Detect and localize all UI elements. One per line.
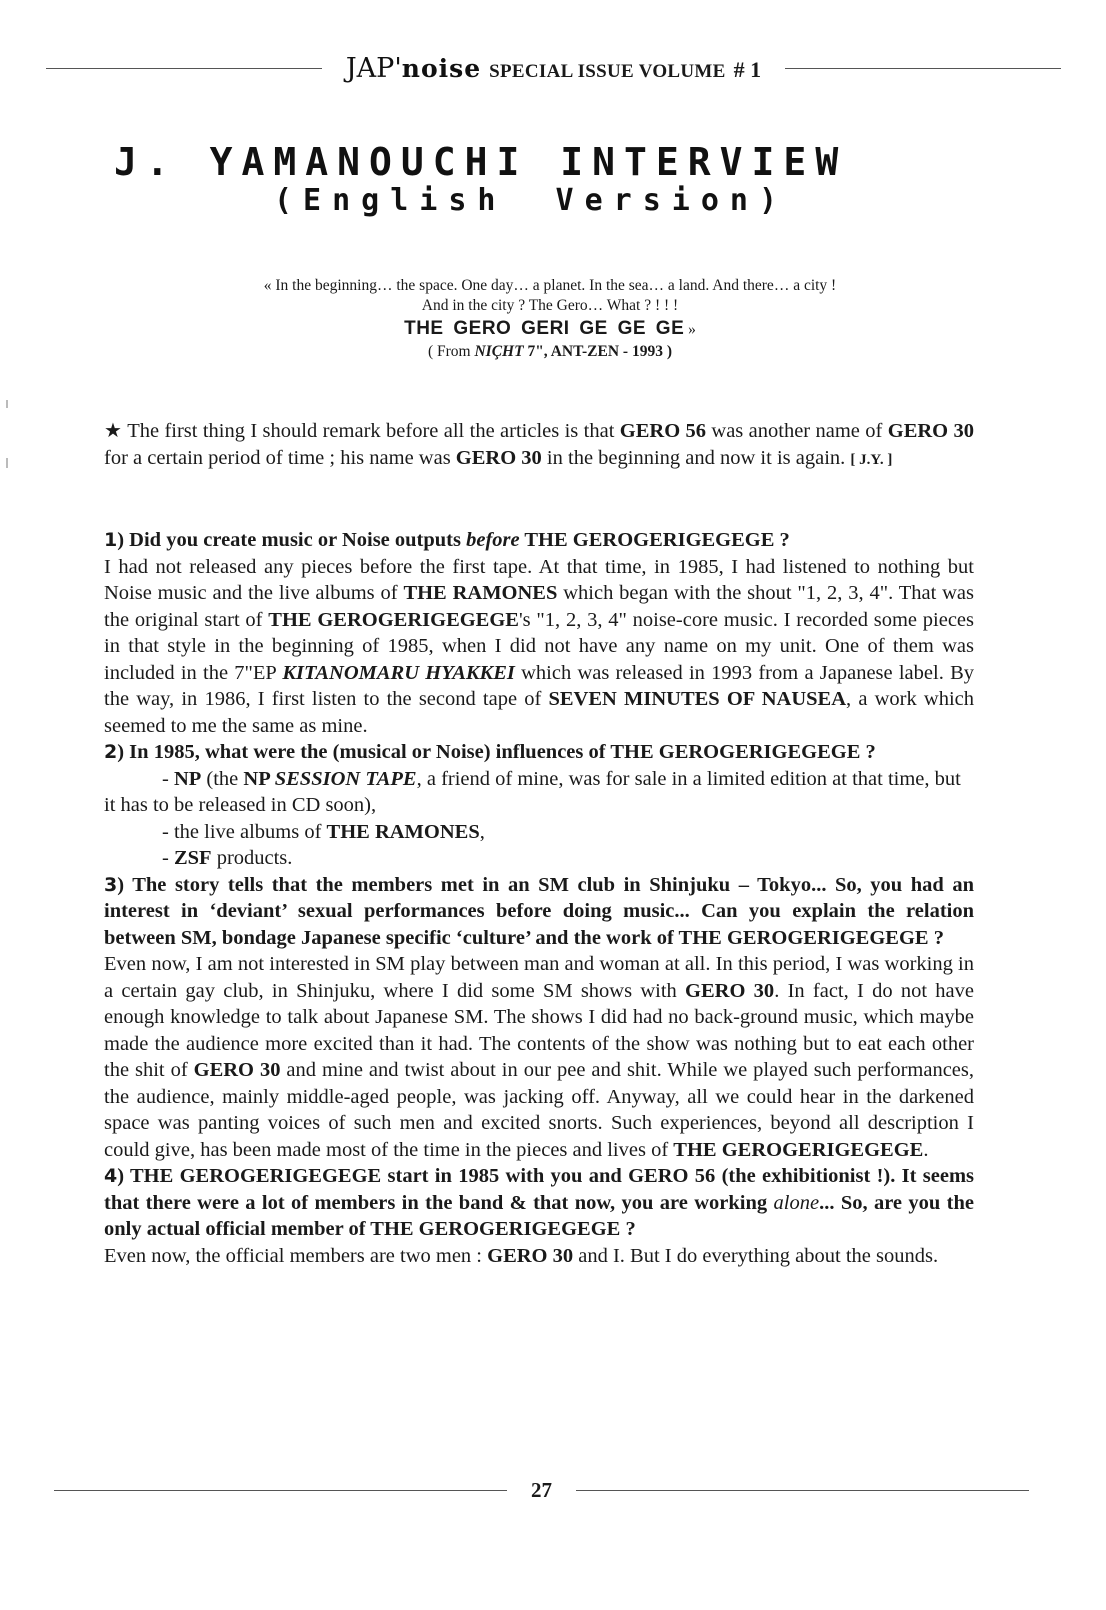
- scan-artifact: [6, 458, 8, 468]
- header-rule-right: [785, 68, 1061, 69]
- epigraph-line: THE GERO GERI GE GE GE »: [120, 316, 980, 342]
- star-icon: ★: [104, 420, 122, 442]
- answer-2-item: - the live albums of THE RAMONES,: [104, 819, 974, 846]
- answer-3: Even now, I am not interested in SM play…: [104, 951, 974, 1163]
- issue-label: SPECIAL ISSUE VOLUME: [489, 61, 726, 83]
- magazine-page: JAP'noise SPECIAL ISSUE VOLUME # 1 J. YA…: [0, 0, 1106, 1610]
- running-footer: 27: [54, 1475, 1029, 1505]
- question-2: 2) In 1985, what were the (musical or No…: [104, 739, 974, 766]
- question-number: 1: [104, 529, 117, 551]
- answer-2-item: - ZSF products.: [104, 845, 974, 872]
- article-subtitle: (English Version): [274, 183, 788, 218]
- magazine-logo: JAP'noise: [346, 53, 481, 84]
- article-title: J. YAMANOUCHI INTERVIEW: [114, 140, 954, 184]
- scan-artifact: [6, 400, 8, 408]
- epigraph-line: And in the city ? The Gero… What ? ! ! !: [120, 296, 980, 316]
- epigraph-source: ( From NIÇHT 7", ANT-ZEN - 1993 ): [120, 342, 980, 362]
- answer-4: Even now, the official members are two m…: [104, 1243, 974, 1270]
- epigraph-line: « In the beginning… the space. One day… …: [120, 276, 980, 296]
- question-1: 1) Did you create music or Noise outputs…: [104, 527, 974, 554]
- running-header: JAP'noise SPECIAL ISSUE VOLUME # 1: [46, 50, 1061, 86]
- footer-rule-right: [576, 1490, 1029, 1491]
- editor-note: ★ The first thing I should remark before…: [104, 418, 974, 473]
- answer-1: I had not released any pieces before the…: [104, 554, 974, 740]
- question-4: 4) THE GEROGERIGEGEGE start in 1985 with…: [104, 1163, 974, 1243]
- footer-rule-left: [54, 1490, 507, 1491]
- answer-2-item: - NP (the NP SESSION TAPE, a friend of m…: [104, 766, 974, 819]
- question-3: 3) The story tells that the members met …: [104, 872, 974, 952]
- question-number: 3: [104, 874, 117, 896]
- issue-number: # 1: [734, 57, 762, 83]
- masthead: JAP'noise SPECIAL ISSUE VOLUME # 1: [346, 53, 761, 84]
- epigraph: « In the beginning… the space. One day… …: [120, 276, 980, 362]
- header-rule-left: [46, 68, 322, 69]
- interview-body: 1) Did you create music or Noise outputs…: [104, 527, 974, 1269]
- question-number: 2: [104, 741, 117, 763]
- page-number: 27: [531, 1478, 552, 1503]
- signature: [ J.Y. ]: [850, 452, 892, 468]
- question-number: 4: [104, 1165, 117, 1187]
